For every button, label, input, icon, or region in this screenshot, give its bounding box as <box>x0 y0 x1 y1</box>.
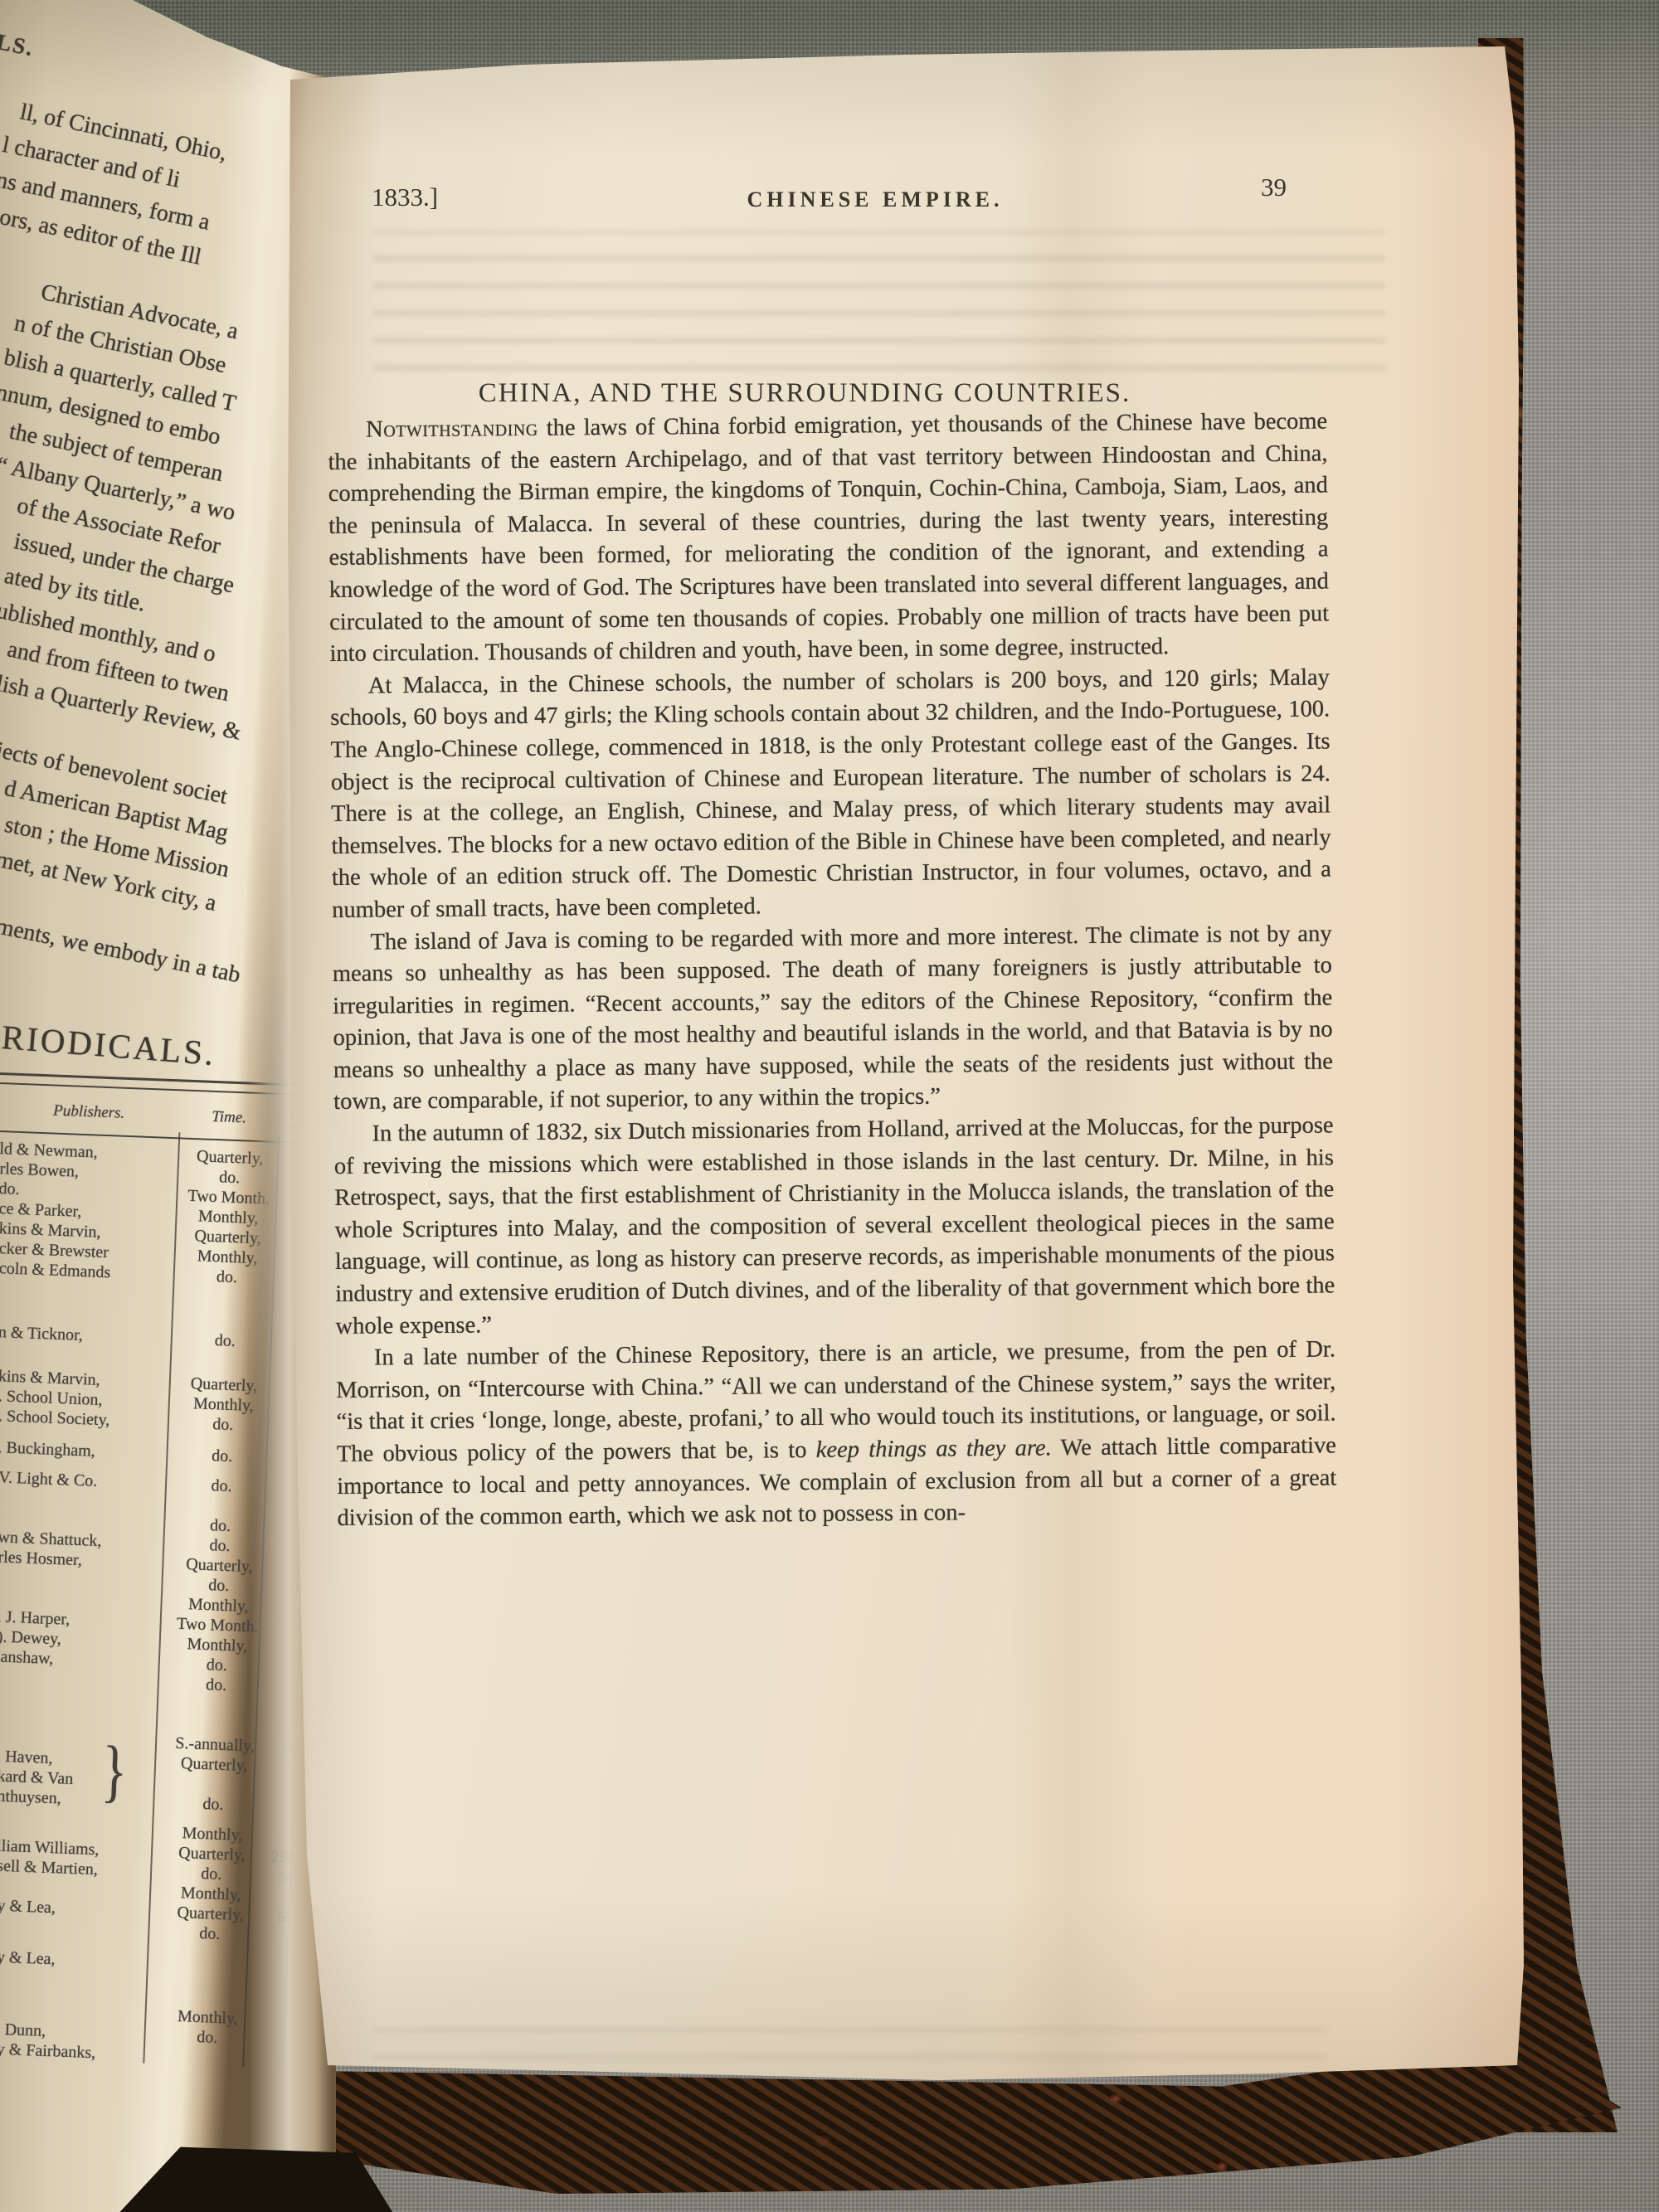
table-brace: } <box>100 1730 129 1811</box>
body-paragraph: In a late number of the Chinese Reposito… <box>336 1334 1337 1535</box>
price-cell <box>286 2050 332 2072</box>
time-cell: do. <box>173 1474 270 1497</box>
pages-cell <box>265 1597 303 1619</box>
pages-cell <box>257 1886 294 1908</box>
pages-cell <box>255 1926 291 1947</box>
time-cell: do. <box>176 1329 275 1353</box>
pages-cell <box>264 1657 301 1679</box>
left-page: LS.ll, of Cincinnati, Ohio,l character a… <box>0 0 336 2212</box>
time-cell: do. <box>168 1673 264 1696</box>
periodicals-table: Publishers. Time. Pa-ges. Pri ld & Newma… <box>0 1072 336 2072</box>
time-cell: do. <box>178 1265 276 1289</box>
pages-cell <box>265 1637 302 1659</box>
running-title: CHINESE EMPIRE. <box>668 187 1082 212</box>
right-page: 1833.] CHINESE EMPIRE. 39 CHINA, AND THE… <box>274 32 1528 2095</box>
page-number: 39 <box>1261 173 1319 202</box>
time-cell: do. <box>174 1412 272 1436</box>
table-header-row: Publishers. Time. Pa-ges. Pri <box>0 1087 336 1145</box>
column-header-time: Time. <box>179 1106 280 1129</box>
table-rows: ld & Newman,Quarterly,20040rles Bowen,do… <box>0 1139 336 2072</box>
pages-cell: 36 <box>257 1866 294 1888</box>
book-photo: LS.ll, of Cincinnati, Ohio,l character a… <box>0 0 1659 2212</box>
body-paragraph: The island of Java is coming to be regar… <box>332 918 1333 1119</box>
body-paragraph: In the autumn of 1832, six Dutch mission… <box>333 1111 1335 1344</box>
time-cell: do. <box>166 1792 260 1816</box>
time-cell: do. <box>173 1444 271 1467</box>
pages-cell <box>265 1617 302 1639</box>
left-page-section-heading: RIODICALS. <box>0 1017 217 1073</box>
showthrough-text <box>373 231 1385 392</box>
pages-cell: 96 <box>261 1737 298 1758</box>
pages-cell <box>260 1796 296 1818</box>
pages-cell <box>267 1538 304 1559</box>
article-body: Notwithstanding the laws of China forbid… <box>328 406 1337 1534</box>
pages-cell: 29 <box>267 1558 304 1579</box>
pages-cell <box>263 1677 300 1699</box>
pages-cell <box>260 1777 296 1798</box>
pages-cell: 250 <box>258 1846 294 1868</box>
article-title: CHINA, AND THE SURROUNDING COUNTRIES. <box>390 378 1219 409</box>
pages-cell: 16 <box>266 1578 304 1599</box>
pages-cell <box>259 1826 295 1848</box>
left-page-text-column: LS.ll, of Cincinnati, Ohio,l character a… <box>0 25 336 1004</box>
body-paragraph: Notwithstanding the laws of China forbid… <box>328 406 1330 670</box>
body-paragraph: At Malacca, in the Chinese schools, the … <box>330 662 1332 926</box>
time-cell: do. <box>163 1922 256 1945</box>
header-year: 1833.] <box>372 182 438 212</box>
time-cell <box>161 2045 252 2069</box>
column-header-publishers: Publishers. <box>0 1100 180 1125</box>
pages-cell <box>260 1757 297 1778</box>
pages-cell: 56 <box>256 1906 292 1928</box>
time-cell <box>163 1954 255 1977</box>
